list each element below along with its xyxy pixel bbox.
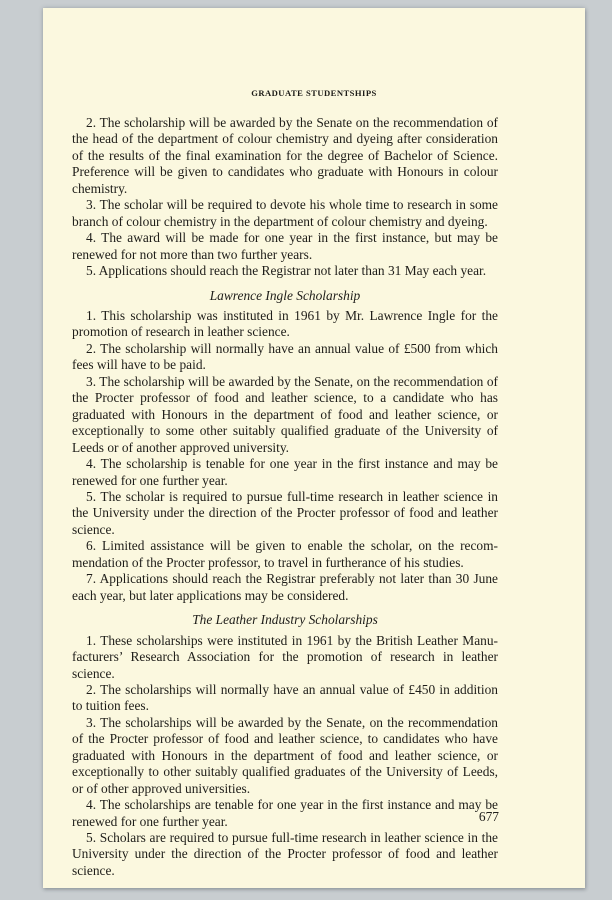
paragraph-text: Scholars are required to pursue full-tim… [72, 830, 498, 878]
paragraph-text: The scholarships will be awarded by the … [72, 715, 498, 796]
paragraph: 7. Applications should reach the Registr… [72, 571, 498, 604]
paragraph-text: This scholarship was instituted in 1961 … [72, 308, 498, 339]
paragraph: 5. Applications should reach the Registr… [72, 263, 498, 279]
paragraph-number: 6. [86, 538, 96, 553]
paragraph-number: 2. [86, 682, 96, 697]
paragraph-text: These scholarships were instituted in 19… [72, 633, 498, 681]
paragraph: 6. Limited assistance will be given to e… [72, 538, 498, 571]
paragraph: 5. The scholar is required to pursue ful… [72, 489, 498, 538]
paragraph-text: The scholarships will normally have an a… [72, 682, 498, 713]
paragraph-number: 4. [86, 230, 96, 245]
paragraph: 3. The scholarships will be awarded by t… [72, 715, 498, 797]
leather-industry-section: The Leather Industry Scholarships 1. The… [72, 612, 498, 879]
paragraph-text: The scholarship will normally have an an… [72, 341, 498, 372]
paragraph: 4. The award will be made for one year i… [72, 230, 498, 263]
paragraph-text: The scholarship is tenable for one year … [72, 456, 498, 487]
paragraph: 4. The scholarships are tenable for one … [72, 797, 498, 830]
paragraph: 2. The scholarships will normally have a… [72, 682, 498, 715]
paragraph-number: 3. [86, 715, 96, 730]
paragraph-number: 4. [86, 456, 96, 471]
text-block: 2. The scholarship will be awarded by th… [72, 115, 498, 879]
paragraph-number: 4. [86, 797, 96, 812]
paragraph-number: 5. [86, 489, 96, 504]
paragraph-number: 2. [86, 115, 96, 130]
running-head: GRADUATE STUDENTSHIPS [43, 88, 585, 98]
paragraph-text: The scholarship will be awarded by the S… [72, 374, 498, 455]
paragraph-text: The scholarship will be awarded by the S… [72, 115, 498, 196]
paragraph-number: 5. [86, 263, 96, 278]
paragraph-number: 2. [86, 341, 96, 356]
paragraph-number: 1. [86, 633, 96, 648]
document-page: GRADUATE STUDENTSHIPS 2. The scholarship… [43, 8, 585, 888]
paragraph: 2. The scholarship will be awarded by th… [72, 115, 498, 197]
paragraph-text: Applications should reach the Registrar … [99, 263, 486, 278]
paragraph-number: 1. [86, 308, 96, 323]
paragraph-number: 3. [86, 197, 96, 212]
paragraph: 1. This scholarship was instituted in 19… [72, 308, 498, 341]
lawrence-ingle-section: Lawrence Ingle Scholarship 1. This schol… [72, 288, 498, 605]
paragraph: 3. The scholar will be required to devot… [72, 197, 498, 230]
paragraph-number: 7. [86, 571, 96, 586]
paragraph-text: The award will be made for one year in t… [72, 230, 498, 261]
paragraph: 5. Scholars are required to pursue full-… [72, 830, 498, 879]
section-title: The Leather Industry Scholarships [72, 612, 498, 628]
paragraph-text: The scholarships are tenable for one yea… [72, 797, 498, 828]
section-title: Lawrence Ingle Scholarship [72, 288, 498, 304]
paragraph: 4. The scholarship is tenable for one ye… [72, 456, 498, 489]
intro-section: 2. The scholarship will be awarded by th… [72, 115, 498, 280]
paragraph: 2. The scholarship will normally have an… [72, 341, 498, 374]
paragraph: 3. The scholarship will be awarded by th… [72, 374, 498, 456]
paragraph-text: The scholar will be required to devote h… [72, 197, 498, 228]
paragraph-text: The scholar is required to pursue full-t… [72, 489, 498, 537]
paragraph-number: 3. [86, 374, 96, 389]
paragraph-text: Applications should reach the Registrar … [72, 571, 498, 602]
paragraph: 1. These scholarships were instituted in… [72, 633, 498, 682]
page-number: 677 [479, 809, 499, 825]
paragraph-number: 5. [86, 830, 96, 845]
paragraph-text: Limited assistance will be given to enab… [72, 538, 498, 569]
